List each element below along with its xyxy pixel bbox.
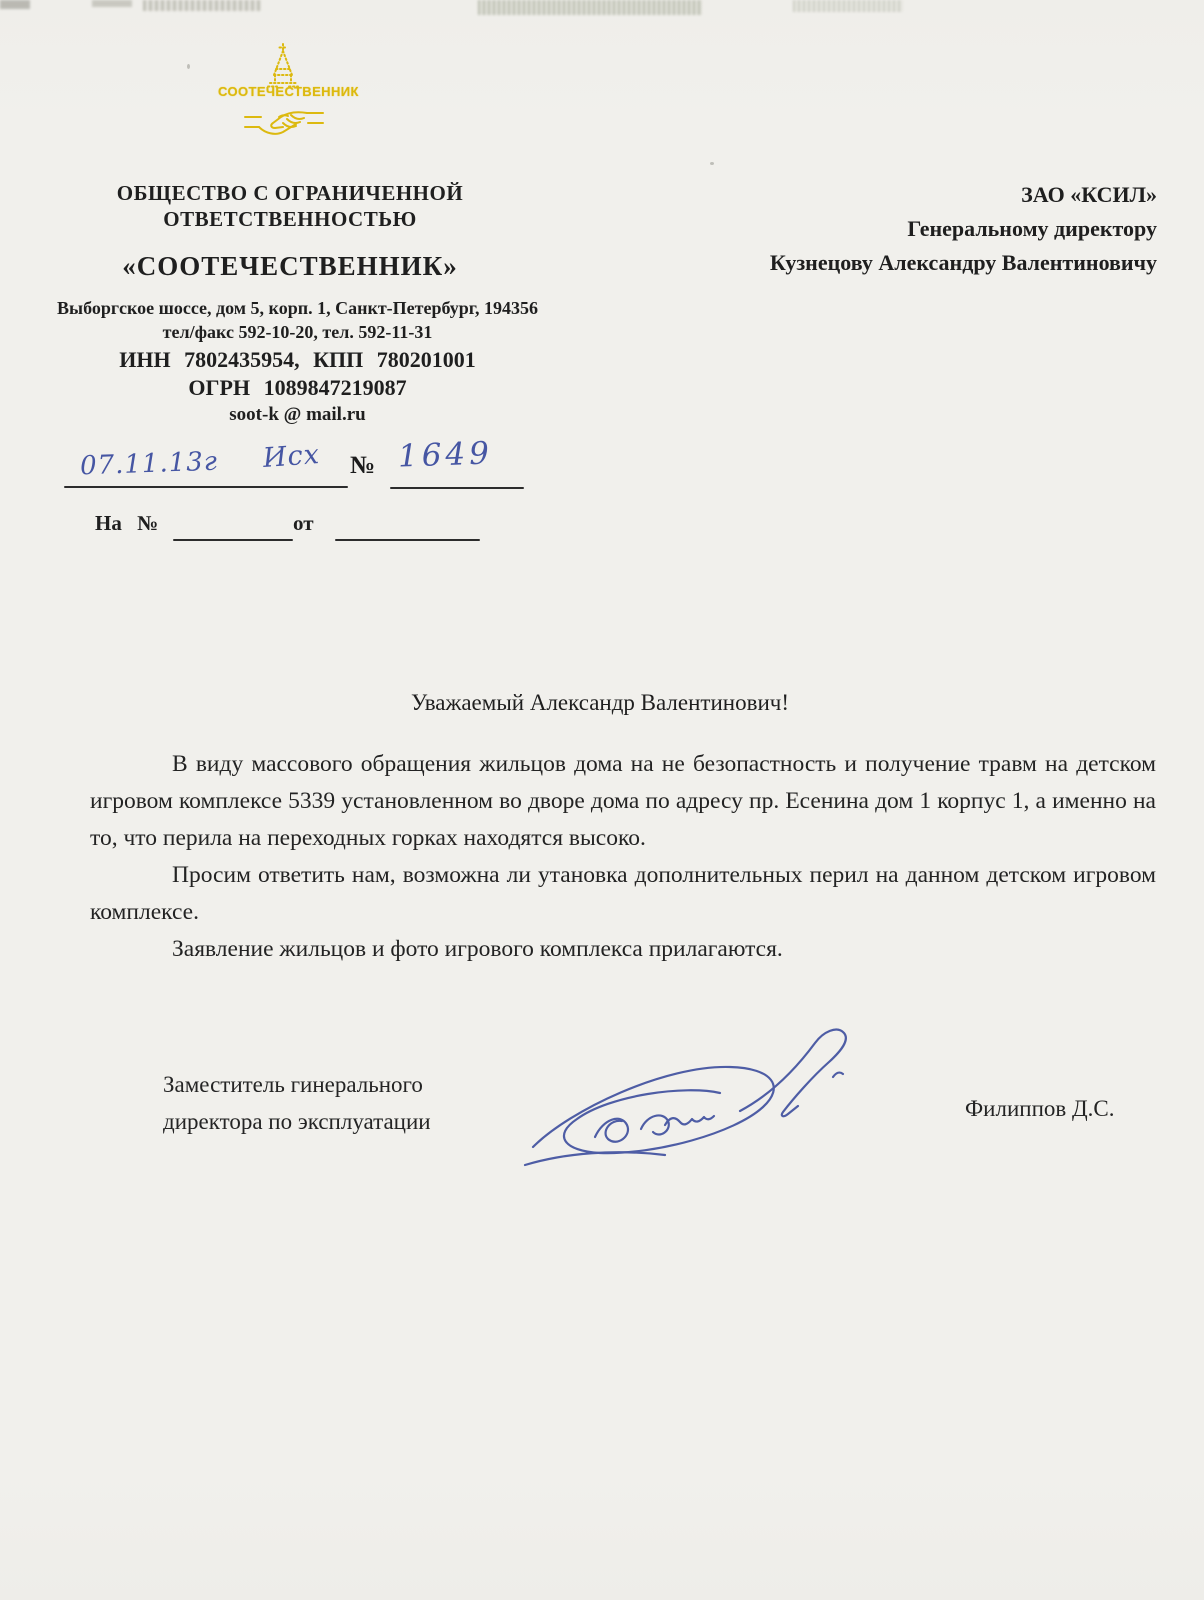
- blank-line: [390, 487, 524, 489]
- recipient-company: ЗАО «КСИЛ»: [637, 178, 1157, 212]
- tower-spire-icon: [254, 42, 312, 88]
- scan-smudge: [92, 0, 132, 7]
- sender-org-block: ОБЩЕСТВО С ОГРАНИЧЕННОЙ ОТВЕТСТВЕННОСТЬЮ…: [85, 180, 495, 282]
- letter-body: Уважаемый Александр Валентинович! В виду…: [90, 690, 1156, 968]
- signer-title: Заместитель гинерального директора по эк…: [163, 1066, 431, 1140]
- body-paragraph: Просим ответить нам, возможна ли утановк…: [90, 857, 1156, 931]
- salutation: Уважаемый Александр Валентинович!: [90, 690, 1156, 716]
- sender-address: Выборгское шоссе, дом 5, корп. 1, Санкт-…: [15, 296, 580, 320]
- recipient-block: ЗАО «КСИЛ» Генеральному директору Кузнец…: [637, 178, 1157, 280]
- reply-from-label: от: [293, 511, 314, 536]
- sender-org-name: «СООТЕЧЕСТВЕННИК»: [85, 251, 495, 282]
- company-logo: СООТЕЧЕСТВЕННИК: [218, 40, 350, 144]
- recipient-name: Кузнецову Александру Валентиновичу: [637, 246, 1157, 280]
- number-sign-label: №: [350, 452, 375, 480]
- signer-title-line2: директора по эксплуатации: [163, 1103, 431, 1140]
- blank-line: [335, 539, 480, 541]
- handwritten-outgoing-mark: Исх: [262, 439, 321, 474]
- scan-speck: [710, 162, 714, 165]
- scan-smudge: [793, 0, 903, 12]
- scan-speck: [187, 64, 190, 69]
- handwritten-date: 07.11.13г: [80, 447, 219, 482]
- blank-line: [173, 539, 293, 541]
- sender-requisites: Выборгское шоссе, дом 5, корп. 1, Санкт-…: [15, 296, 580, 428]
- sender-email: soot-k @ mail.ru: [15, 402, 580, 428]
- handwritten-outgoing-number: 1649: [397, 435, 493, 474]
- body-paragraph: В виду массового обращения жильцов дома …: [90, 746, 1156, 857]
- signature-scribble: [515, 1015, 885, 1180]
- scanned-letter-page: СООТЕЧЕСТВЕННИК ОБЩЕСТВО С ОГРАНИЧЕННОЙ …: [0, 0, 1204, 1600]
- sender-org-line2: ОТВЕТСТВЕННОСТЬЮ: [85, 206, 495, 232]
- handshake-icon: [244, 104, 324, 142]
- blank-line: [64, 486, 348, 488]
- sender-org-line1: ОБЩЕСТВО С ОГРАНИЧЕННОЙ: [85, 180, 495, 206]
- scan-smudge: [478, 0, 702, 15]
- signer-name: Филиппов Д.С.: [965, 1096, 1115, 1122]
- scan-smudge: [0, 0, 30, 9]
- logo-wordmark: СООТЕЧЕСТВЕННИК: [218, 84, 350, 99]
- body-paragraph: Заявление жильцов и фото игрового компле…: [90, 931, 1156, 968]
- sender-ogrn: ОГРН 1089847219087: [15, 374, 580, 402]
- signer-title-line1: Заместитель гинерального: [163, 1066, 431, 1103]
- scan-smudge: [143, 0, 261, 11]
- sender-phones: тел/факс 592-10-20, тел. 592-11-31: [15, 320, 580, 344]
- sender-inn-kpp: ИНН 7802435954, КПП 780201001: [15, 346, 580, 374]
- recipient-position: Генеральному директору: [637, 212, 1157, 246]
- reply-to-number-label: На №: [95, 511, 158, 536]
